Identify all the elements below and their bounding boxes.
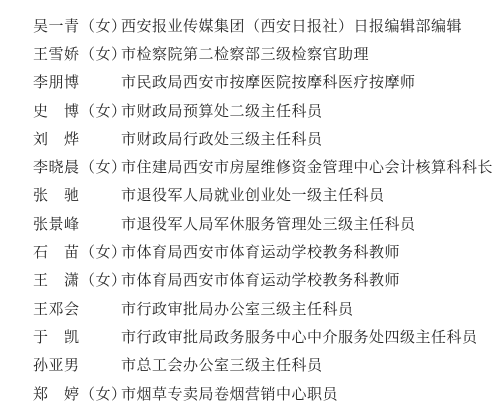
job-title: 市民政局西安市按摩医院按摩科医疗按摩师: [121, 71, 490, 92]
gender-label: （女）: [80, 100, 121, 121]
list-item: 张景峰 市退役军人局军休服务管理处三级主任科员: [33, 209, 490, 237]
document-page: 吴一青 （女） 西安报业传媒集团（西安日报社）日报编辑部编辑 王雪娇 （女） 市…: [0, 0, 500, 401]
list-item: 王邓会 市行政审批局办公室三级主任科员: [33, 294, 490, 322]
job-title: 市检察院第二检察部三级检察官助理: [121, 43, 490, 64]
person-name: 郑 婷: [33, 383, 80, 401]
job-title: 市体育局西安市体育运动学校教务科教师: [121, 269, 490, 290]
job-title: 市退役军人局军休服务管理处三级主任科员: [121, 213, 490, 234]
list-item: 石 苗 （女） 市体育局西安市体育运动学校教务科教师: [33, 237, 490, 265]
list-item: 吴一青 （女） 西安报业传媒集团（西安日报社）日报编辑部编辑: [33, 11, 490, 39]
gender-label: （女）: [80, 15, 121, 36]
person-name: 张 驰: [33, 184, 80, 205]
person-name: 王 潇: [33, 269, 80, 290]
person-name: 孙亚男: [33, 354, 80, 375]
job-title: 市总工会办公室三级主任科员: [121, 354, 490, 375]
person-name: 王邓会: [33, 298, 80, 319]
job-title: 市退役军人局就业创业处一级主任科员: [121, 184, 490, 205]
job-title: 市住建局西安市房屋维修资金管理中心会计核算科科长: [121, 156, 493, 177]
person-name: 刘 烨: [33, 128, 80, 149]
job-title: 西安报业传媒集团（西安日报社）日报编辑部编辑: [121, 15, 490, 36]
gender-label: （女）: [80, 383, 121, 401]
person-name: 王雪娇: [33, 43, 80, 64]
person-name: 吴一青: [33, 15, 80, 36]
job-title: 市体育局西安市体育运动学校教务科教师: [121, 241, 490, 262]
job-title: 市烟草专卖局卷烟营销中心职员: [121, 383, 490, 401]
list-item: 史 博 （女） 市财政局预算处二级主任科员: [33, 96, 490, 124]
list-item: 刘 烨 市财政局行政处三级主任科员: [33, 124, 490, 152]
person-name: 李晓晨: [33, 156, 80, 177]
roster-list: 吴一青 （女） 西安报业传媒集团（西安日报社）日报编辑部编辑 王雪娇 （女） 市…: [33, 11, 490, 401]
job-title: 市财政局预算处二级主任科员: [121, 100, 490, 121]
gender-label: （女）: [80, 269, 121, 290]
person-name: 石 苗: [33, 241, 80, 262]
list-item: 李朋博 市民政局西安市按摩医院按摩科医疗按摩师: [33, 68, 490, 96]
list-item: 王 潇 （女） 市体育局西安市体育运动学校教务科教师: [33, 266, 490, 294]
person-name: 史 博: [33, 100, 80, 121]
gender-label: （女）: [80, 156, 121, 177]
list-item: 于 凯 市行政审批局政务服务中心中介服务处四级主任科员: [33, 322, 490, 350]
gender-label: （女）: [80, 241, 121, 262]
job-title: 市财政局行政处三级主任科员: [121, 128, 490, 149]
person-name: 李朋博: [33, 71, 80, 92]
list-item: 李晓晨 （女） 市住建局西安市房屋维修资金管理中心会计核算科科长: [33, 152, 490, 180]
job-title: 市行政审批局政务服务中心中介服务处四级主任科员: [121, 326, 490, 347]
person-name: 于 凯: [33, 326, 80, 347]
gender-label: （女）: [80, 43, 121, 64]
person-name: 张景峰: [33, 213, 80, 234]
list-item: 孙亚男 市总工会办公室三级主任科员: [33, 351, 490, 379]
list-item: 郑 婷 （女） 市烟草专卖局卷烟营销中心职员: [33, 379, 490, 401]
job-title: 市行政审批局办公室三级主任科员: [121, 298, 490, 319]
list-item: 张 驰 市退役军人局就业创业处一级主任科员: [33, 181, 490, 209]
list-item: 王雪娇 （女） 市检察院第二检察部三级检察官助理: [33, 39, 490, 67]
